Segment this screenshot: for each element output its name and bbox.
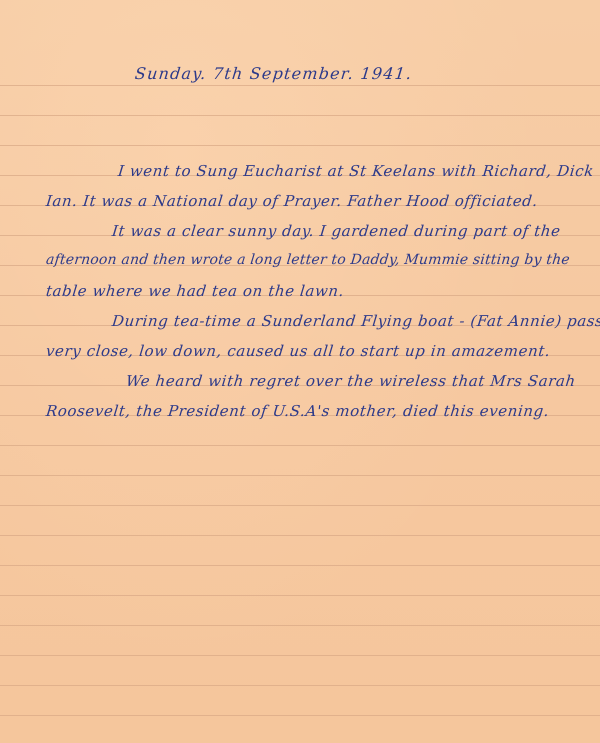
ruled-line xyxy=(0,655,600,656)
entry-line-6: During tea-time a Sunderland Flying boat… xyxy=(111,312,600,330)
ruled-line xyxy=(0,145,600,146)
entry-line-9: Roosevelt, the President of U.S.A's moth… xyxy=(45,402,550,420)
ruled-line xyxy=(0,685,600,686)
ruled-line xyxy=(0,535,600,536)
ruled-line xyxy=(0,595,600,596)
ruled-line xyxy=(0,625,600,626)
entry-line-2: Ian. It was a National day of Prayer. Fa… xyxy=(45,192,539,210)
entry-line-1: I went to Sung Eucharist at St Keelans w… xyxy=(117,162,600,180)
ruled-line xyxy=(0,715,600,716)
ruled-line xyxy=(0,475,600,476)
ruled-line xyxy=(0,565,600,566)
entry-date-heading: Sunday. 7th September. 1941. xyxy=(134,64,413,83)
entry-line-5: table where we had tea on the lawn. xyxy=(45,282,345,300)
ruled-line xyxy=(0,505,600,506)
entry-line-7: very close, low down, caused us all to s… xyxy=(45,342,551,360)
entry-line-3: It was a clear sunny day. I gardened dur… xyxy=(111,222,562,240)
ruled-line xyxy=(0,115,600,116)
entry-line-8: We heard with regret over the wireless t… xyxy=(125,372,577,390)
entry-line-4: afternoon and then wrote a long letter t… xyxy=(45,252,571,268)
diary-page: Sunday. 7th September. 1941. I went to S… xyxy=(0,0,600,743)
ruled-line xyxy=(0,445,600,446)
ruled-line xyxy=(0,85,600,86)
